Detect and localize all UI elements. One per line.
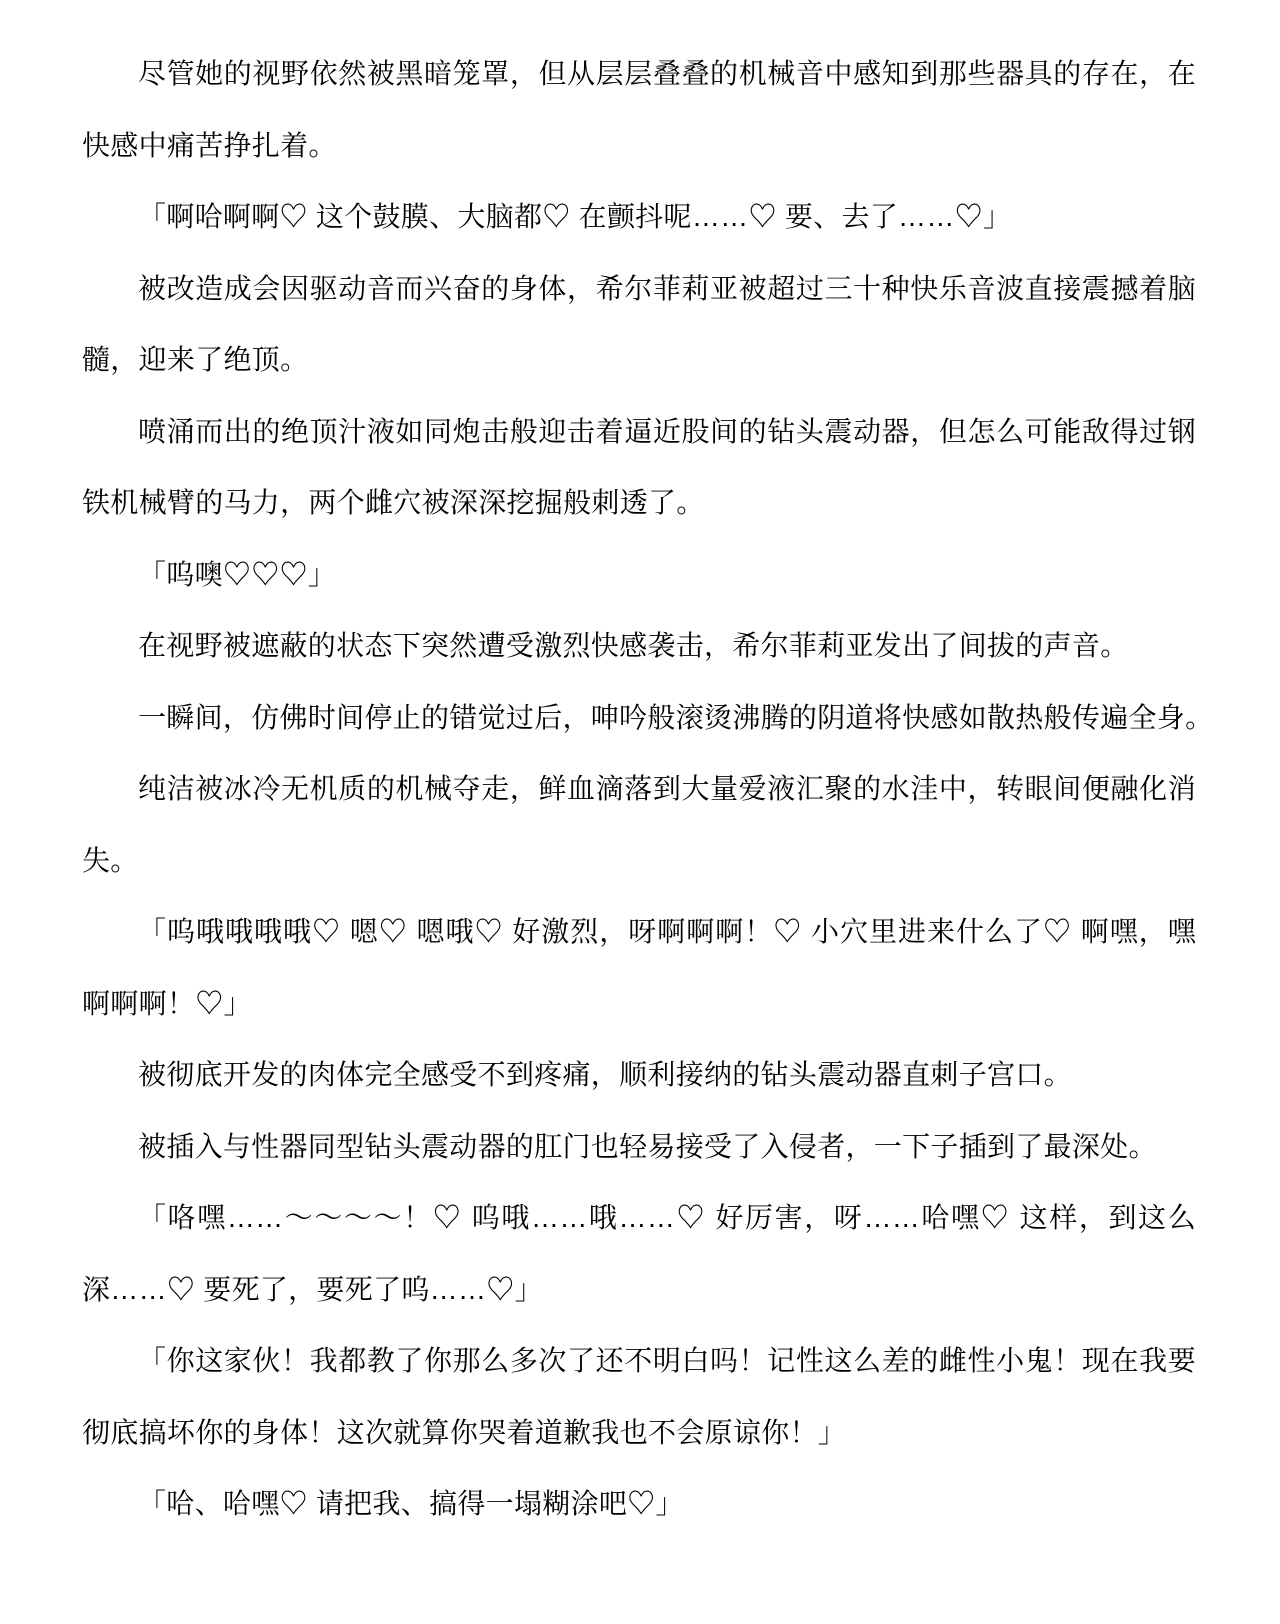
paragraph: 尽管她的视野依然被黑暗笼罩，但从层层叠叠的机械音中感知到那些器具的存在，在快感中…	[82, 38, 1196, 181]
paragraph: 「呜噢♡♡♡」	[82, 539, 1196, 611]
text-line: 喷涌而出的绝顶汁液如同炮击般迎击着逼近股间的钻头震动器，但怎么可能敌得过钢	[82, 396, 1196, 468]
paragraph: 被插入与性器同型钻头震动器的肛门也轻易接受了入侵者，一下子插到了最深处。	[82, 1111, 1196, 1183]
text-line: 快感中痛苦挣扎着。	[82, 110, 1196, 182]
paragraph: 「哈、哈嘿♡ 请把我、搞得一塌糊涂吧♡」	[82, 1468, 1196, 1540]
text-line: 「咯嘿……～～～～！♡ 呜哦……哦……♡ 好厉害，呀……哈嘿♡ 这样，到这么	[82, 1182, 1196, 1254]
text-line: 「啊哈啊啊♡ 这个鼓膜、大脑都♡ 在颤抖呢……♡ 要、去了……♡」	[82, 181, 1196, 253]
text-line: 铁机械臂的马力，两个雌穴被深深挖掘般刺透了。	[82, 467, 1196, 539]
text-line: 被彻底开发的肉体完全感受不到疼痛，顺利接纳的钻头震动器直刺子宫口。	[82, 1039, 1196, 1111]
text-line: 失。	[82, 825, 1196, 897]
document-page: 尽管她的视野依然被黑暗笼罩，但从层层叠叠的机械音中感知到那些器具的存在，在快感中…	[0, 0, 1280, 1624]
text-line: 髓，迎来了绝顶。	[82, 324, 1196, 396]
text-line: 啊啊啊！♡」	[82, 968, 1196, 1040]
paragraph: 「你这家伙！我都教了你那么多次了还不明白吗！记性这么差的雌性小鬼！现在我要彻底搞…	[82, 1325, 1196, 1468]
text-line: 一瞬间，仿佛时间停止的错觉过后，呻吟般滚烫沸腾的阴道将快感如散热般传遍全身。	[82, 682, 1196, 754]
paragraph: 喷涌而出的绝顶汁液如同炮击般迎击着逼近股间的钻头震动器，但怎么可能敌得过钢铁机械…	[82, 396, 1196, 539]
paragraph: 「呜哦哦哦哦♡ 嗯♡ 嗯哦♡ 好激烈，呀啊啊啊！♡ 小穴里进来什么了♡ 啊嘿，嘿…	[82, 896, 1196, 1039]
paragraph: 在视野被遮蔽的状态下突然遭受激烈快感袭击，希尔菲莉亚发出了间拔的声音。	[82, 610, 1196, 682]
text-line: 在视野被遮蔽的状态下突然遭受激烈快感袭击，希尔菲莉亚发出了间拔的声音。	[82, 610, 1196, 682]
paragraph: 一瞬间，仿佛时间停止的错觉过后，呻吟般滚烫沸腾的阴道将快感如散热般传遍全身。	[82, 682, 1196, 754]
text-line: 被插入与性器同型钻头震动器的肛门也轻易接受了入侵者，一下子插到了最深处。	[82, 1111, 1196, 1183]
text-line: 纯洁被冰冷无机质的机械夺走，鲜血滴落到大量爱液汇聚的水洼中，转眼间便融化消	[82, 753, 1196, 825]
paragraph: 被改造成会因驱动音而兴奋的身体，希尔菲莉亚被超过三十种快乐音波直接震撼着脑髓，迎…	[82, 253, 1196, 396]
text-line: 彻底搞坏你的身体！这次就算你哭着道歉我也不会原谅你！」	[82, 1397, 1196, 1469]
paragraph: 纯洁被冰冷无机质的机械夺走，鲜血滴落到大量爱液汇聚的水洼中，转眼间便融化消失。	[82, 753, 1196, 896]
text-line: 「你这家伙！我都教了你那么多次了还不明白吗！记性这么差的雌性小鬼！现在我要	[82, 1325, 1196, 1397]
text-line: 深……♡ 要死了，要死了呜……♡」	[82, 1254, 1196, 1326]
paragraph: 「啊哈啊啊♡ 这个鼓膜、大脑都♡ 在颤抖呢……♡ 要、去了……♡」	[82, 181, 1196, 253]
text-line: 尽管她的视野依然被黑暗笼罩，但从层层叠叠的机械音中感知到那些器具的存在，在	[82, 38, 1196, 110]
text-line: 「呜哦哦哦哦♡ 嗯♡ 嗯哦♡ 好激烈，呀啊啊啊！♡ 小穴里进来什么了♡ 啊嘿，嘿	[82, 896, 1196, 968]
text-line: 被改造成会因驱动音而兴奋的身体，希尔菲莉亚被超过三十种快乐音波直接震撼着脑	[82, 253, 1196, 325]
text-line: 「哈、哈嘿♡ 请把我、搞得一塌糊涂吧♡」	[82, 1468, 1196, 1540]
text-line: 「呜噢♡♡♡」	[82, 539, 1196, 611]
paragraph: 被彻底开发的肉体完全感受不到疼痛，顺利接纳的钻头震动器直刺子宫口。	[82, 1039, 1196, 1111]
paragraph: 「咯嘿……～～～～！♡ 呜哦……哦……♡ 好厉害，呀……哈嘿♡ 这样，到这么深……	[82, 1182, 1196, 1325]
story-text-body: 尽管她的视野依然被黑暗笼罩，但从层层叠叠的机械音中感知到那些器具的存在，在快感中…	[82, 38, 1196, 1540]
